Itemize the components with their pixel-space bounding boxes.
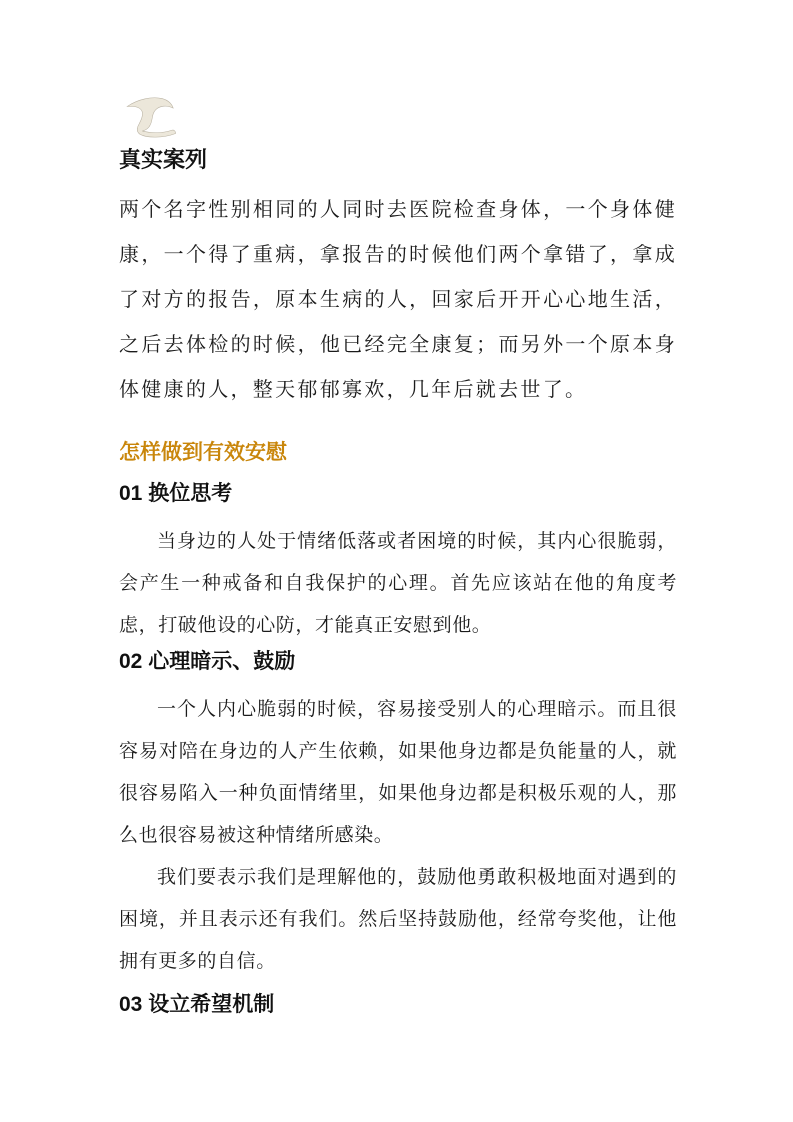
case-body-paragraph: 两个名字性别相同的人同时去医院检查身体，一个身体健康，一个得了重病，拿报告的时候…: [119, 188, 677, 413]
comfort-item-2-paragraph-1: 一个人内心脆弱的时候，容易接受别人的心理暗示。而且很容易对陪在身边的人产生依赖，…: [119, 689, 677, 857]
document-page: 真实案列 两个名字性别相同的人同时去医院检查身体，一个身体健康，一个得了重病，拿…: [0, 0, 793, 1122]
comfort-section-heading: 怎样做到有效安慰: [119, 441, 677, 465]
comfort-item-2-heading: 02 心理暗示、鼓励: [119, 649, 677, 675]
case-section-heading: 真实案列: [119, 147, 677, 173]
comfort-item-3-heading: 03 设立希望机制: [119, 992, 677, 1018]
comfort-item-2-paragraph-2: 我们要表示我们是理解他的，鼓励他勇敢积极地面对遇到的困境，并且表示还有我们。然后…: [119, 857, 677, 983]
comfort-item-1-heading: 01 换位思考: [119, 481, 677, 507]
ribbon-swirl-icon: [119, 93, 183, 139]
comfort-item-1-paragraph: 当身边的人处于情绪低落或者困境的时候，其内心很脆弱，会产生一种戒备和自我保护的心…: [119, 521, 677, 647]
